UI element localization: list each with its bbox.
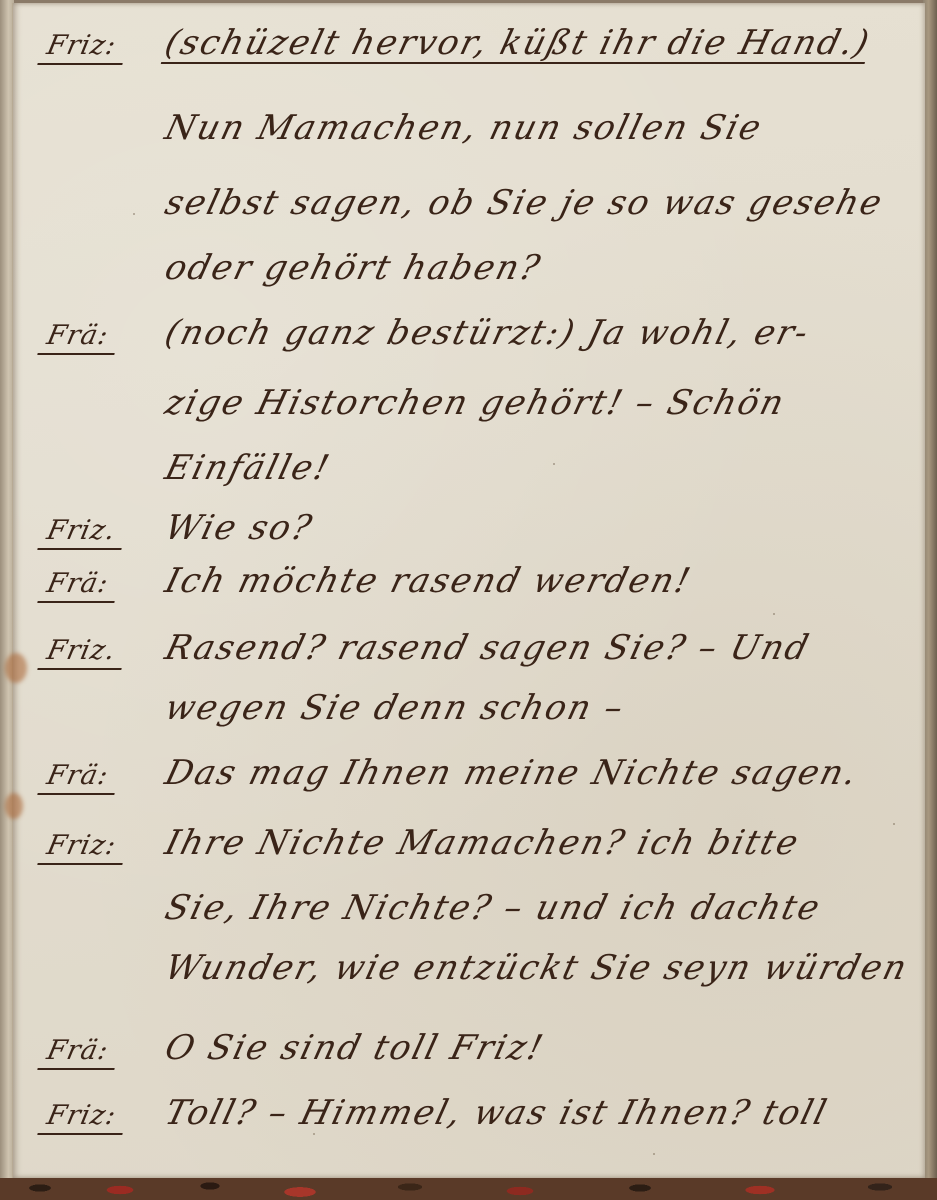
line-text: (noch ganz bestürzt:) Ja wohl, er- xyxy=(161,313,814,353)
speaker-label: Frä: xyxy=(37,760,121,795)
line-text: zige Historchen gehört! – Schön xyxy=(161,383,790,423)
line-text: O Sie sind toll Friz! xyxy=(161,1028,549,1068)
line-text: Wunder, wie entzückt Sie seyn würden xyxy=(161,948,912,988)
stage-direction: (schüzelt hervor, küßt ihr die Hand.) xyxy=(161,23,875,63)
line-text: Das mag Ihnen meine Nichte sagen. xyxy=(161,753,862,793)
manuscript-page: Friz: (schüzelt hervor, küßt ihr die Han… xyxy=(12,3,925,1178)
manuscript-line: oder gehört haben? xyxy=(13,238,925,308)
line-text: Rasend? rasend sagen Sie? – Und xyxy=(161,628,814,668)
book-edge xyxy=(923,0,937,1200)
speaker-label: Frä: xyxy=(37,320,121,355)
line-text: Toll? – Himmel, was ist Ihnen? toll xyxy=(161,1093,832,1133)
manuscript-scan: Friz: (schüzelt hervor, küßt ihr die Han… xyxy=(0,0,937,1200)
speaker-label: Friz. xyxy=(37,515,129,550)
manuscript-line: Frä: Ich möchte rasend werden! xyxy=(13,551,925,621)
manuscript-line: selbst sagen, ob Sie je so was gesehe xyxy=(13,173,925,243)
speaker-label: Frä: xyxy=(37,1035,121,1070)
manuscript-line: wegen Sie denn schon – xyxy=(13,678,925,748)
speaker-label: Friz: xyxy=(37,30,129,65)
line-text: Wie so? xyxy=(161,508,317,548)
manuscript-line: Friz: Ihre Nichte Mamachen? ich bitte xyxy=(13,813,925,883)
line-text: oder gehört haben? xyxy=(161,248,546,288)
speaker-label: Friz: xyxy=(37,830,129,865)
manuscript-line: Wunder, wie entzückt Sie seyn würden xyxy=(13,938,925,1008)
line-text: Sie, Ihre Nichte? – und ich dachte xyxy=(161,888,825,928)
line-text: Ich möchte rasend werden! xyxy=(161,561,696,601)
manuscript-line: Frä: Das mag Ihnen meine Nichte sagen. xyxy=(13,743,925,813)
line-text: Nun Mamachen, nun sollen Sie xyxy=(161,108,767,148)
speaker-label: Frä: xyxy=(37,568,121,603)
manuscript-line: Frä: (noch ganz bestürzt:) Ja wohl, er- xyxy=(13,303,925,373)
line-text: selbst sagen, ob Sie je so was gesehe xyxy=(161,183,888,223)
manuscript-line: Nun Mamachen, nun sollen Sie xyxy=(13,98,925,168)
manuscript-line: Friz: (schüzelt hervor, küßt ihr die Han… xyxy=(13,13,925,83)
line-text: Ihre Nichte Mamachen? ich bitte xyxy=(161,823,804,863)
marbled-cover xyxy=(0,1178,937,1200)
paper-speck xyxy=(653,1153,655,1155)
manuscript-line: Frä: O Sie sind toll Friz! xyxy=(13,1018,925,1088)
speaker-label: Friz: xyxy=(37,1100,129,1135)
manuscript-line: zige Historchen gehört! – Schön xyxy=(13,373,925,443)
line-text: Einfälle! xyxy=(161,448,335,488)
line-text: wegen Sie denn schon – xyxy=(161,688,629,728)
speaker-label: Friz. xyxy=(37,635,129,670)
manuscript-line: Friz: Toll? – Himmel, was ist Ihnen? tol… xyxy=(13,1083,925,1153)
